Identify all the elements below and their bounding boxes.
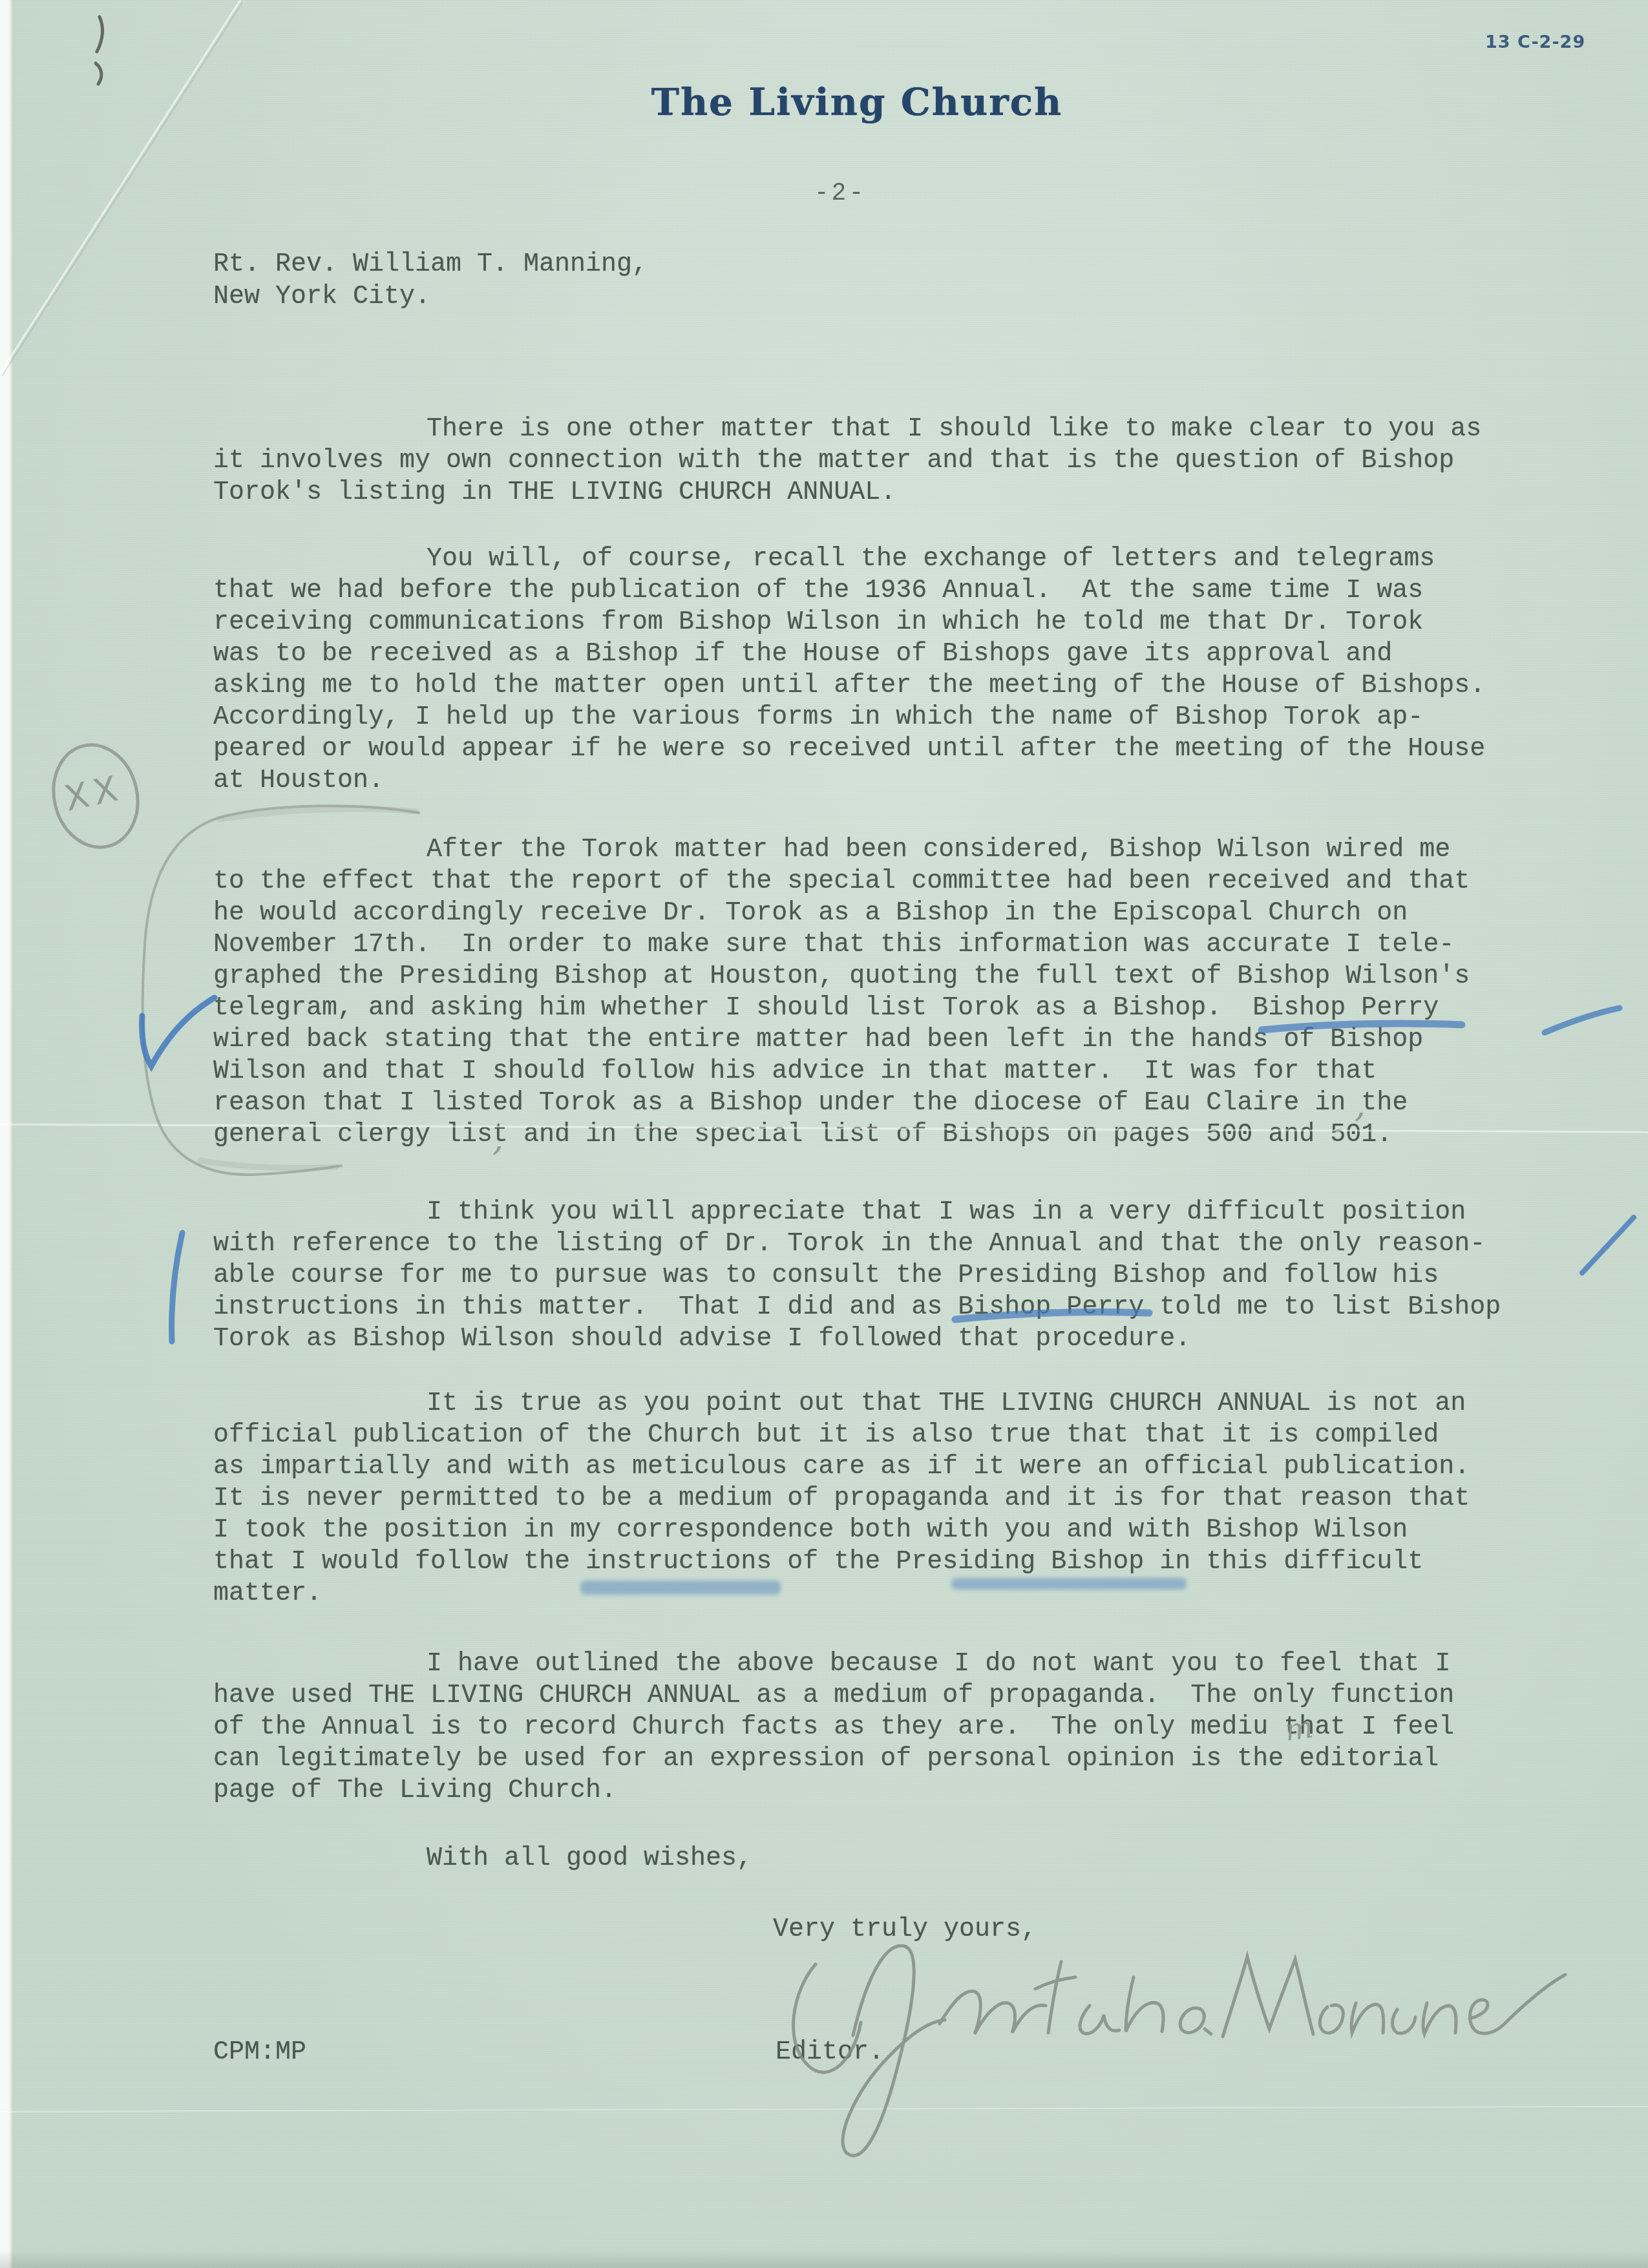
typed-line: asking me to hold the matter open until …: [213, 670, 1485, 702]
inserted-comma-annotation: ,: [1355, 1084, 1366, 1125]
blue-check-mark: [142, 998, 215, 1066]
paragraph-5: It is true as you point out that THE LIV…: [213, 1388, 1470, 1610]
typed-line: it involves my own connection with the m…: [213, 445, 1481, 477]
paragraph-2: You will, of course, recall the exchange…: [213, 543, 1485, 797]
recipient-city: New York City.: [213, 281, 648, 313]
inserted-letter-annotation: m: [1282, 1709, 1315, 1748]
corner-scribble-marks: [96, 17, 102, 84]
paragraph-1: There is one other matter that I should …: [213, 414, 1481, 509]
scan-edge-left: [0, 0, 13, 2268]
typed-line: have used THE LIVING CHURCH ANNUAL as a …: [213, 1680, 1454, 1712]
signature: [794, 1946, 1565, 2156]
typed-line: telegram, and asking him whether I shoul…: [213, 992, 1470, 1024]
typed-line: that we had before the publication of th…: [213, 575, 1485, 607]
page-number: -2-: [814, 181, 866, 207]
scan-edge-bottom: [0, 2250, 1648, 2268]
blue-smudge-underline: [951, 1578, 1187, 1590]
paragraph-3: After the Torok matter had been consider…: [213, 834, 1470, 1151]
typed-line: It is never permitted to be a medium of …: [213, 1483, 1470, 1515]
typed-line: that I would follow the instructions of …: [213, 1546, 1470, 1578]
typed-line: reason that I listed Torok as a Bishop u…: [213, 1087, 1470, 1119]
typed-line: I think you will appreciate that I was i…: [213, 1197, 1501, 1228]
recipient-block: Rt. Rev. William T. Manning, New York Ci…: [213, 249, 648, 313]
typed-line: was to be received as a Bishop if the Ho…: [213, 638, 1485, 670]
masthead-title: The Living Church: [651, 80, 1062, 124]
typed-line: It is true as you point out that THE LIV…: [213, 1388, 1470, 1420]
typed-line: as impartially and with as meticulous ca…: [213, 1451, 1470, 1483]
typed-line: page of The Living Church.: [213, 1775, 1454, 1807]
typed-line: instructions in this matter. That I did …: [213, 1292, 1501, 1323]
typed-line: November 17th. In order to make sure tha…: [213, 929, 1470, 961]
typed-line: with reference to the listing of Dr. Tor…: [213, 1228, 1501, 1260]
letter-page: 13 C-2-29 The Living Church -2- Rt. Rev.…: [0, 0, 1648, 2268]
blue-margin-line: [172, 1233, 182, 1341]
typed-line: I have outlined the above because I do n…: [213, 1648, 1454, 1680]
typed-line: able course for me to pursue was to cons…: [213, 1260, 1501, 1292]
fold-crease-diagonal: [0, 0, 242, 376]
typed-line: general clergy list and in the special l…: [213, 1119, 1470, 1151]
typed-line: There is one other matter that I should …: [213, 414, 1481, 445]
typed-line: You will, of course, recall the exchange…: [213, 543, 1485, 575]
typed-line: Accordingly, I held up the various forms…: [213, 702, 1485, 733]
valediction-line: Very truly yours,: [773, 1914, 1037, 1946]
file-stamp: 13 C-2-29: [1485, 32, 1585, 52]
typed-line: I took the position in my correspondence…: [213, 1515, 1470, 1546]
goodwill-line: With all good wishes,: [427, 1843, 752, 1874]
typed-line: Torok as Bishop Wilson should advise I f…: [213, 1323, 1501, 1355]
blue-right-margin-stroke: [1582, 1217, 1634, 1273]
blue-smudge-underline: [580, 1580, 781, 1595]
typed-line: Torok's listing in THE LIVING CHURCH ANN…: [213, 477, 1481, 509]
typed-line: can legitimately be used for an expressi…: [213, 1743, 1454, 1775]
typed-line: matter.: [213, 1578, 1470, 1610]
typist-initials: CPM:MP: [213, 2037, 306, 2068]
typed-line: After the Torok matter had been consider…: [213, 834, 1470, 866]
paragraph-4: I think you will appreciate that I was i…: [213, 1197, 1501, 1355]
typed-line: at Houston.: [213, 765, 1485, 797]
typed-line: he would accordingly receive Dr. Torok a…: [213, 898, 1470, 929]
typed-line: graphed the Presiding Bishop at Houston,…: [213, 961, 1470, 992]
recipient-name: Rt. Rev. William T. Manning,: [213, 249, 648, 281]
signer-title: Editor.: [776, 2037, 884, 2068]
typed-line: official publication of the Church but i…: [213, 1420, 1470, 1451]
typed-line: wired back stating that the entire matte…: [213, 1024, 1470, 1056]
typed-line: to the effect that the report of the spe…: [213, 866, 1470, 898]
typed-line: of the Annual is to record Church facts …: [213, 1712, 1454, 1743]
typed-line: Wilson and that I should follow his advi…: [213, 1056, 1470, 1087]
paragraph-6: I have outlined the above because I do n…: [213, 1648, 1454, 1807]
circled-xx-annotation: XX: [61, 767, 126, 819]
typed-line: peared or would appear if he were so rec…: [213, 733, 1485, 765]
typed-line: receiving communications from Bishop Wil…: [213, 607, 1485, 638]
inserted-comma-annotation: ,: [492, 1118, 503, 1159]
